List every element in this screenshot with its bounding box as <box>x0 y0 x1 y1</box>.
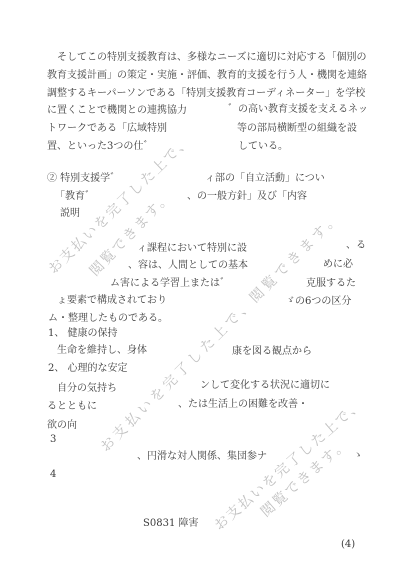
doc-text-line: ゞの6つの区分 <box>285 296 351 307</box>
doc-text-line: 、円滑な対人関係、集団参ナ <box>137 451 267 462</box>
doc-text-line: 調整するキーパーソンである「特別支援教育コーディネーター」を学校 <box>47 88 365 99</box>
doc-text-line: 置、といった3つの仕゛ <box>47 141 153 152</box>
doc-text-line: している。 <box>238 141 288 152</box>
doc-text-line: 、の一般方針」及び「内容 <box>187 191 307 202</box>
doc-text-line: 2、 心理的な安定 <box>48 363 128 374</box>
doc-text-line: 克服するた <box>306 278 356 289</box>
doc-text-line: ょ要素で構成されており <box>57 295 167 306</box>
doc-text-line: ム害による学習上または゛ <box>110 278 230 289</box>
doc-text-line: ンして変化する状況に適切に <box>200 380 330 391</box>
doc-text-line: ゝ <box>353 450 363 461</box>
doc-text-line: 1、 健康の保持 <box>48 328 118 339</box>
doc-text-line: 欲の向 <box>47 420 77 431</box>
doc-text-line: 「教育゛ <box>55 191 95 202</box>
doc-text-line: るとともに <box>47 401 97 412</box>
document-page: S0831 障害 (4) そしてこの特別支援教育は、多様なニーズに適切に対応する… <box>0 0 410 580</box>
doc-text-line: 、容は、人間としての基本 <box>128 260 248 271</box>
watermark-text: お支払いを完了した上で、 <box>46 133 194 276</box>
doc-text-line: ィ課程において特別に設 <box>137 243 247 254</box>
doc-text-line: めに必 <box>323 259 353 270</box>
doc-text-line: 教育支援計画」の策定・実施・評価、教育的支援を行う人・機関を連絡 <box>47 70 367 81</box>
doc-text-line: 3 <box>50 434 56 445</box>
doc-text-line: 、たは生活上の困難を改善・ <box>178 399 308 410</box>
footer-code: S0831 障害 <box>143 518 198 529</box>
doc-text-line: ム・整理したものである。 <box>48 313 168 324</box>
watermark-text: お支払いを完了した上で、 <box>212 397 366 533</box>
doc-text-line: ② 特別支援学゛ <box>47 173 120 184</box>
page-number: (4) <box>341 539 355 550</box>
doc-text-line: 生命を維持し、身体 <box>57 345 147 356</box>
doc-text-line: 、る <box>346 240 366 251</box>
doc-text-line: 等の部局横断型の組織を設 <box>237 123 357 134</box>
doc-text-line: 康を図る観点から <box>232 346 312 357</box>
doc-text-line: 4 <box>50 469 56 480</box>
doc-text-line: そしてこの特別支援教育は、多様なニーズに適切に対応する「個別の <box>57 52 367 63</box>
doc-text-line: 説明 <box>60 208 80 219</box>
doc-text-line: ゛の高い教育支援を支えるネッ <box>228 104 368 115</box>
doc-text-line: ィ部の「自立活動」につい <box>205 173 325 184</box>
watermark-text: 閲覧できます。 <box>259 436 352 519</box>
doc-text-line: 自分の気持ち <box>57 383 117 394</box>
doc-text-line: に置くことで機関との連携協力 <box>47 105 187 116</box>
doc-text-line: トワークである「広域特別 <box>47 123 167 134</box>
